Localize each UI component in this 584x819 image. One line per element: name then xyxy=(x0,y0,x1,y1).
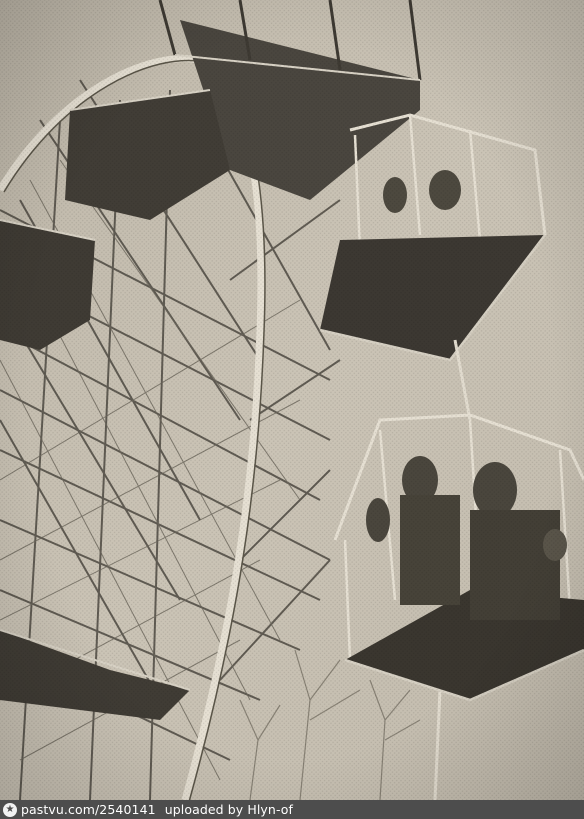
watermark-bar: ★ pastvu.com/2540141 uploaded by Hlyn-of xyxy=(0,800,584,819)
ferris-wheel-photo xyxy=(0,0,584,800)
photo-viewer: ★ pastvu.com/2540141 uploaded by Hlyn-of xyxy=(0,0,584,819)
watermark-uploader: uploaded by Hlyn-of xyxy=(165,802,293,817)
pastvu-star-icon: ★ xyxy=(3,803,17,817)
watermark-source[interactable]: pastvu.com/2540141 xyxy=(21,802,156,817)
